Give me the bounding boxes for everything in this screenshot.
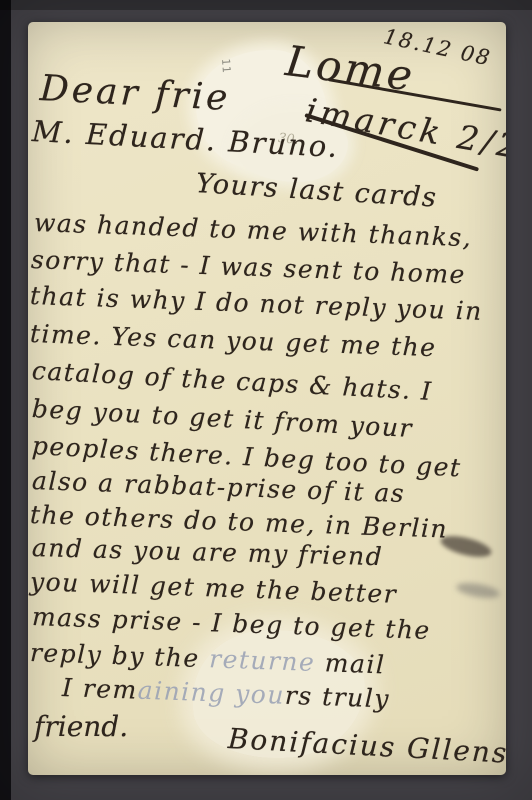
faded-word: aining you xyxy=(137,676,285,710)
top-shadow-band xyxy=(0,0,532,10)
ink-smudge xyxy=(439,532,494,561)
letter-line: Yours last cards xyxy=(195,168,438,214)
postcard: 11 30. Lome 18.12 08 Dear frie imarck 2/… xyxy=(28,22,506,775)
signature: Bonifacius Gllensah xyxy=(227,722,506,772)
closing-line-start: I rem xyxy=(61,673,138,705)
letter-line: that is why I do not reply you in xyxy=(29,281,483,326)
stamp-remnant-mark: 11 xyxy=(219,58,233,74)
letter-line: you will get me the better xyxy=(29,567,397,609)
closing-line-end: rs truly xyxy=(284,681,390,714)
ink-smudge xyxy=(455,580,501,600)
faded-word: returne xyxy=(209,644,316,677)
letter-line: was handed to me with thanks, xyxy=(33,208,472,252)
reply-line-start: reply by the xyxy=(29,638,209,673)
closing-word: friend. xyxy=(34,710,128,743)
photo-of-postcard: 11 30. Lome 18.12 08 Dear frie imarck 2/… xyxy=(0,0,532,800)
film-edge-strip xyxy=(0,0,11,800)
letter-line: time. Yes can you get me the xyxy=(29,319,436,362)
reply-line-end: mail xyxy=(315,648,386,679)
salutation: Dear frie xyxy=(39,68,232,119)
